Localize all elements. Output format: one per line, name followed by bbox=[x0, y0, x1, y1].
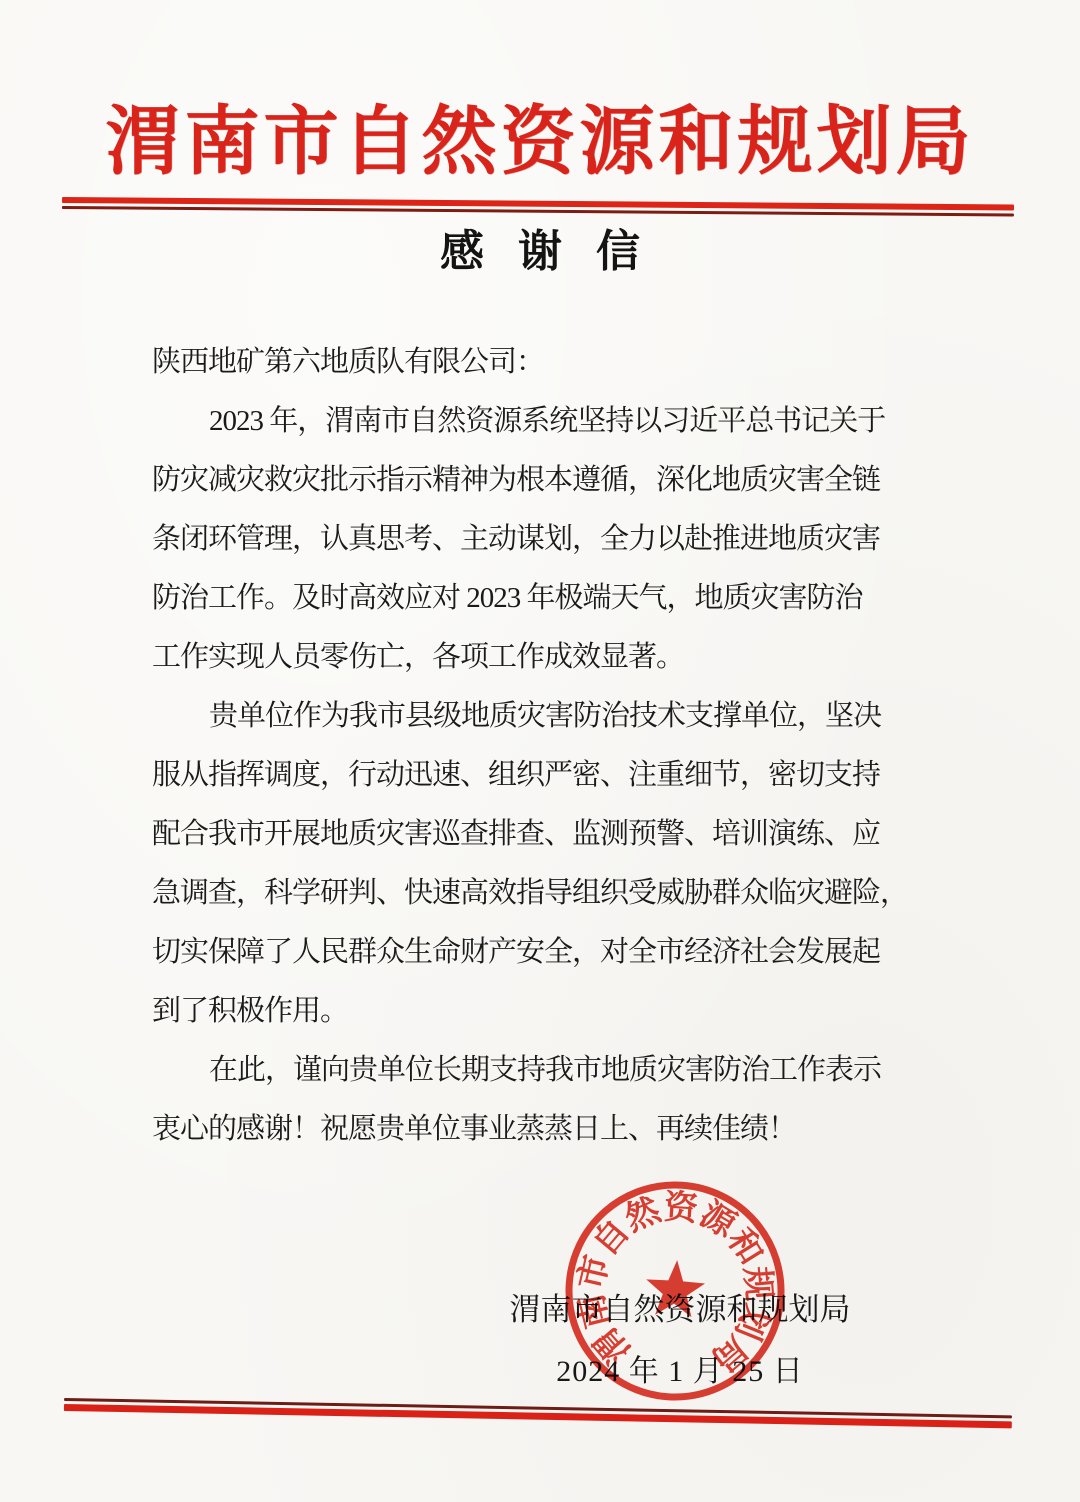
body-line: 切实保障了人民群众生命财产安全，对全市经济社会发展起 bbox=[152, 923, 952, 982]
body-line: 服从指挥调度，行动迅速、组织严密、注重细节，密切支持 bbox=[152, 746, 952, 805]
body-line: 条闭环管理，认真思考、主动谋划，全力以赴推进地质灾害 bbox=[152, 510, 952, 569]
header-double-rule bbox=[62, 197, 1014, 216]
official-seal: 渭南市自然资源和规划局 bbox=[542, 1158, 809, 1425]
letter-title: 感谢信 bbox=[0, 224, 1080, 280]
seal-star-icon bbox=[644, 1258, 707, 1318]
body-line: 配合我市开展地质灾害巡查排查、监测预警、培训演练、应 bbox=[152, 805, 952, 864]
body-line: 防治工作。及时高效应对 2023 年极端天气，地质灾害防治 bbox=[152, 569, 952, 628]
body-line: 衷心的感谢！祝愿贵单位事业蒸蒸日上、再续佳绩！ bbox=[152, 1100, 952, 1159]
recipient-line: 陕西地矿第六地质队有限公司： bbox=[152, 333, 952, 392]
body-line: 急调查，科学研判、快速高效指导组织受威胁群众临灾避险， bbox=[152, 864, 952, 923]
letterhead-org-name: 渭南市自然资源和规划局 bbox=[0, 100, 1080, 186]
seal-char: 资 bbox=[663, 1188, 701, 1228]
body-line: 2023 年，渭南市自然资源系统坚持以习近平总书记关于 bbox=[152, 392, 952, 451]
body-line: 在此，谨向贵单位长期支持我市地质灾害防治工作表示 bbox=[152, 1041, 952, 1100]
body-line: 到了积极作用。 bbox=[152, 982, 952, 1041]
footer-double-rule bbox=[64, 1398, 1012, 1428]
body-line: 防灾减灾救灾批示指示精神为根本遵循，深化地质灾害全链 bbox=[152, 451, 952, 510]
body-line: 贵单位作为我市县级地质灾害防治技术支撑单位，坚决 bbox=[152, 687, 952, 746]
body-line: 工作实现人员零伤亡，各项工作成效显著。 bbox=[152, 628, 952, 687]
thank-you-letter-page: 渭南市自然资源和规划局 感谢信 陕西地矿第六地质队有限公司： 2023 年，渭南… bbox=[0, 0, 1080, 1502]
seal-char: 规 bbox=[737, 1265, 778, 1302]
letter-body: 陕西地矿第六地质队有限公司： 2023 年，渭南市自然资源系统坚持以习近平总书记… bbox=[152, 333, 952, 1159]
